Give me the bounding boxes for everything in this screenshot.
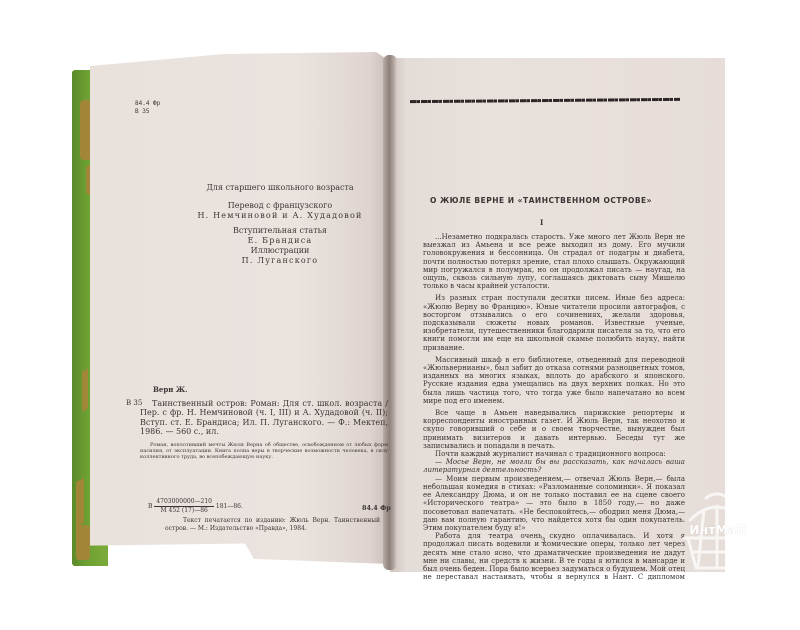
chapter-number: I bbox=[540, 218, 543, 227]
paragraph: — Моим первым произведением,— отвечал Жю… bbox=[423, 475, 685, 532]
paragraph: Работа для театра очень скудно оплачивал… bbox=[423, 532, 685, 581]
paragraph: Все чаще в Амьен наведывались парижские … bbox=[423, 409, 685, 450]
isbn-denominator: М 452 (17)—86 bbox=[154, 507, 214, 515]
illustrator: П. Луганского bbox=[160, 256, 400, 266]
translation-label: Перевод с французского bbox=[160, 201, 400, 211]
intro-label: Вступительная статья bbox=[160, 226, 400, 236]
entry-annotation: Роман, воплотивший мечты Жюля Верна об о… bbox=[140, 442, 388, 460]
title-page-credits: Для старшего школьного возраста Перевод … bbox=[160, 183, 400, 266]
entry-code: В 35 bbox=[126, 399, 142, 409]
isbn-prefix: В bbox=[148, 503, 152, 510]
print-note: Текст печатается по изданию: Жюль Верн. … bbox=[165, 517, 380, 533]
paragraph: Массивный шкаф в его библиотеке, отведен… bbox=[423, 356, 685, 405]
isbn-suffix: 181—86. bbox=[216, 503, 243, 510]
paragraph: — Мосье Верн, не могли бы вы рассказать,… bbox=[423, 458, 685, 474]
open-book-photo: 84.4 Фр В 35 Для старшего школьного возр… bbox=[0, 0, 800, 630]
bibliographic-entry: Верн Ж. В 35 Таинственный остров: Роман:… bbox=[140, 385, 388, 460]
entry-author: Верн Ж. bbox=[153, 385, 388, 395]
paragraph: ...Незаметно подкралась старость. Уже мн… bbox=[423, 233, 685, 290]
left-page bbox=[90, 52, 388, 564]
intro-author: Е. Брандиса bbox=[160, 236, 400, 246]
illustrations-label: Иллюстрации bbox=[160, 246, 400, 256]
isbn-fraction: 4703000000—210 М 452 (17)—86 bbox=[154, 498, 214, 515]
library-codes: 84.4 Фр В 35 bbox=[135, 100, 160, 116]
paragraph: Почти каждый журналист начинал с традици… bbox=[423, 450, 685, 458]
entry-text: Таинственный остров: Роман: Для ст. школ… bbox=[140, 399, 388, 437]
watermark-text: ИнтМаП bbox=[676, 523, 760, 537]
book-gutter bbox=[383, 55, 397, 570]
library-code-bbk: 84.4 Фр bbox=[135, 100, 160, 108]
page-number: 3 bbox=[541, 537, 545, 545]
body-text: ...Незаметно подкралась старость. Уже мн… bbox=[423, 233, 685, 585]
audience-label: Для старшего школьного возраста bbox=[160, 183, 400, 193]
chapter-title: О ЖЮЛЕ ВЕРНЕ И «ТАИНСТВЕННОМ ОСТРОВЕ» bbox=[430, 196, 652, 205]
library-code-author: В 35 bbox=[135, 108, 160, 116]
paragraph: Из разных стран поступали десятки писем.… bbox=[423, 294, 685, 351]
price-code: 84.4 Фр bbox=[362, 504, 391, 512]
isbn-numerator: 4703000000—210 bbox=[154, 498, 214, 507]
isbn-formula: В 4703000000—210 М 452 (17)—86 181—86. bbox=[148, 498, 243, 515]
translators: Н. Немчиновой и А. Худадовой bbox=[160, 211, 400, 221]
